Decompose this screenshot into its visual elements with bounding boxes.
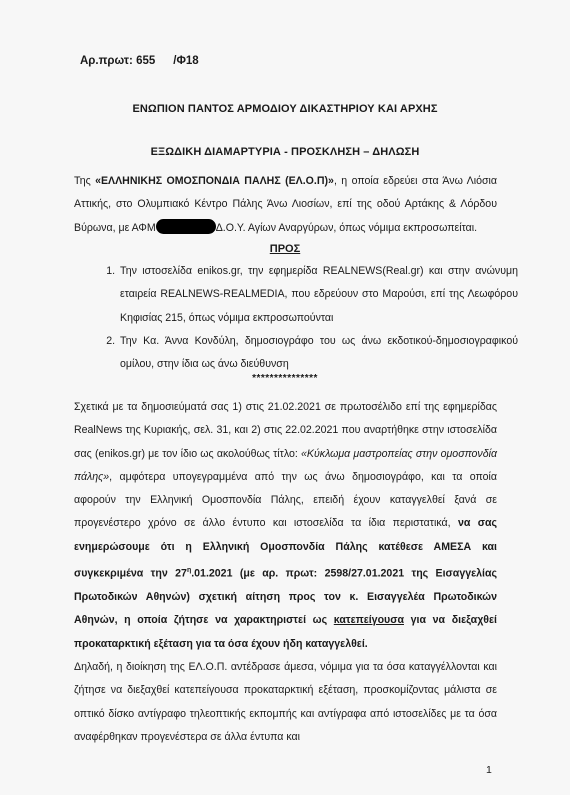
document-type-heading: ΕΞΩΔΙΚΗ ΔΙΑΜΑΡΤΥΡΙΑ - ΠΡΟΣΚΛΗΣΗ – ΔΗΛΩΣΗ	[0, 146, 570, 158]
main-paragraph: Σχετικά με τα δημοσιεύματά σας 1) στις 2…	[74, 396, 497, 656]
recipient-item: Την Κα. Άννα Κονδύλη, δημοσιογράφο του ω…	[118, 330, 518, 377]
document-page: Αρ.πρωτ: 655/Φ18 ΕΝΩΠΙΟΝ ΠΑΝΤΟΣ ΑΡΜΟΔΙΟΥ…	[0, 0, 570, 795]
protocol-label: Αρ.πρωτ:	[80, 55, 133, 67]
protocol-number: 655	[136, 55, 155, 67]
organization-name: «ΕΛΛΗΝΙΚΗΣ ΟΜΟΣΠΟΝΔΙΑ ΠΑΛΗΣ (ΕΛ.Ο.Π)»	[95, 175, 334, 187]
to-heading: ΠΡΟΣ	[0, 243, 570, 255]
recipient-item: Την ιστοσελίδα enikos.gr, την εφημερίδα …	[118, 260, 518, 330]
intro-paragraph: Της «ΕΛΛΗΝΙΚΗΣ ΟΜΟΣΠΟΝΔΙΑ ΠΑΛΗΣ (ΕΛ.Ο.Π)…	[74, 170, 497, 240]
protocol-suffix: /Φ18	[173, 55, 198, 67]
separator: ***************	[0, 373, 570, 384]
court-heading: ΕΝΩΠΙΟΝ ΠΑΝΤΟΣ ΑΡΜΟΔΙΟΥ ΔΙΚΑΣΤΗΡΙΟΥ ΚΑΙ …	[0, 103, 570, 115]
urgent-emphasis: κατεπείγουσα	[334, 614, 404, 626]
intro-text-tax-office: Δ.Ο.Υ. Αγίων Αναργύρων, όπως νόμιμα εκπρ…	[216, 222, 477, 234]
protocol-reference: Αρ.πρωτ: 655/Φ18	[80, 55, 199, 67]
intro-prefix: Της	[74, 175, 95, 187]
redaction-block	[156, 219, 216, 234]
second-paragraph: Δηλαδή, η διοίκηση της ΕΛ.Ο.Π. αντέδρασε…	[74, 656, 497, 749]
main-text: , αμφότερα υπογεγραμμένα από την ως άνω …	[74, 471, 497, 530]
recipients-list: Την ιστοσελίδα enikos.gr, την εφημερίδα …	[96, 260, 518, 376]
page-number: 1	[486, 764, 492, 776]
